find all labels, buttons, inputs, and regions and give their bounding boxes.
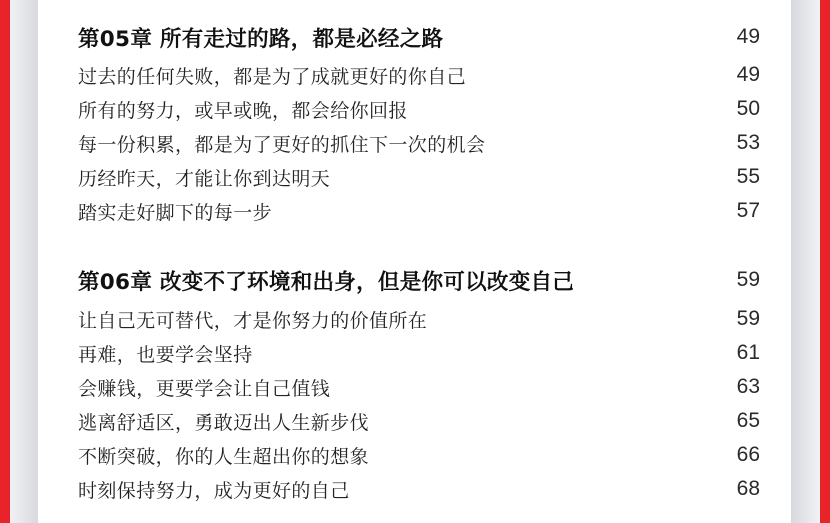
section-title: 踏实走好脚下的每一步 — [78, 198, 272, 225]
right-shadow-strip — [791, 0, 820, 523]
page-number: 55 — [737, 165, 760, 189]
toc-entry: 历经昨天，才能让你到达明天 55 — [78, 163, 760, 191]
section-title: 每一份积累，都是为了更好的抓住下一次的机会 — [78, 130, 485, 157]
section-title: 所有的努力，或早或晚，都会给你回报 — [78, 96, 408, 123]
toc-entry: 逃离舒适区，勇敢迈出人生新步伐 65 — [78, 407, 760, 435]
page-number: 49 — [737, 25, 760, 49]
page-number: 49 — [737, 63, 760, 87]
page-number: 59 — [737, 268, 760, 292]
page-number: 68 — [737, 477, 760, 501]
section-title: 时刻保持努力，成为更好的自己 — [78, 476, 350, 503]
section-title: 不断突破，你的人生超出你的想象 — [78, 442, 369, 469]
page-number: 65 — [737, 409, 760, 433]
toc-entry: 再难，也要学会坚持 61 — [78, 339, 760, 367]
table-of-contents: 第05章 所有走过的路，都是必经之路 49 过去的任何失败，都是为了成就更好的你… — [38, 0, 791, 523]
toc-entry: 每一份积累，都是为了更好的抓住下一次的机会 53 — [78, 129, 760, 157]
chapter-heading: 第06章 改变不了环境和出身，但是你可以改变自己 59 — [78, 265, 760, 295]
section-title: 会赚钱，更要学会让自己值钱 — [78, 374, 330, 401]
chapter-title: 第06章 改变不了环境和出身，但是你可以改变自己 — [78, 265, 574, 296]
section-title: 逃离舒适区，勇敢迈出人生新步伐 — [78, 408, 369, 435]
section-title: 过去的任何失败，都是为了成就更好的你自己 — [78, 62, 466, 89]
toc-entry: 会赚钱，更要学会让自己值钱 63 — [78, 373, 760, 401]
section-title: 历经昨天，才能让你到达明天 — [78, 164, 330, 191]
left-shadow-strip — [10, 0, 38, 523]
right-red-border — [820, 0, 830, 523]
toc-entry: 时刻保持努力，成为更好的自己 68 — [78, 475, 760, 503]
page-number: 57 — [737, 199, 760, 223]
toc-entry: 不断突破，你的人生超出你的想象 66 — [78, 441, 760, 469]
toc-entry: 过去的任何失败，都是为了成就更好的你自己 49 — [78, 61, 760, 89]
toc-entry: 让自己无可替代，才是你努力的价值所在 59 — [78, 305, 760, 333]
chapter-heading: 第05章 所有走过的路，都是必经之路 49 — [78, 22, 760, 52]
page-number: 66 — [737, 443, 760, 467]
section-title: 让自己无可替代，才是你努力的价值所在 — [78, 306, 427, 333]
page-number: 63 — [737, 375, 760, 399]
toc-entry: 所有的努力，或早或晚，都会给你回报 50 — [78, 95, 760, 123]
chapter-title: 第05章 所有走过的路，都是必经之路 — [78, 22, 443, 53]
page-number: 53 — [737, 131, 760, 155]
left-red-border — [0, 0, 10, 523]
page-number: 50 — [737, 97, 760, 121]
section-title: 再难，也要学会坚持 — [78, 340, 253, 367]
page-number: 59 — [737, 307, 760, 331]
page-number: 61 — [737, 341, 760, 365]
toc-entry: 踏实走好脚下的每一步 57 — [78, 197, 760, 225]
